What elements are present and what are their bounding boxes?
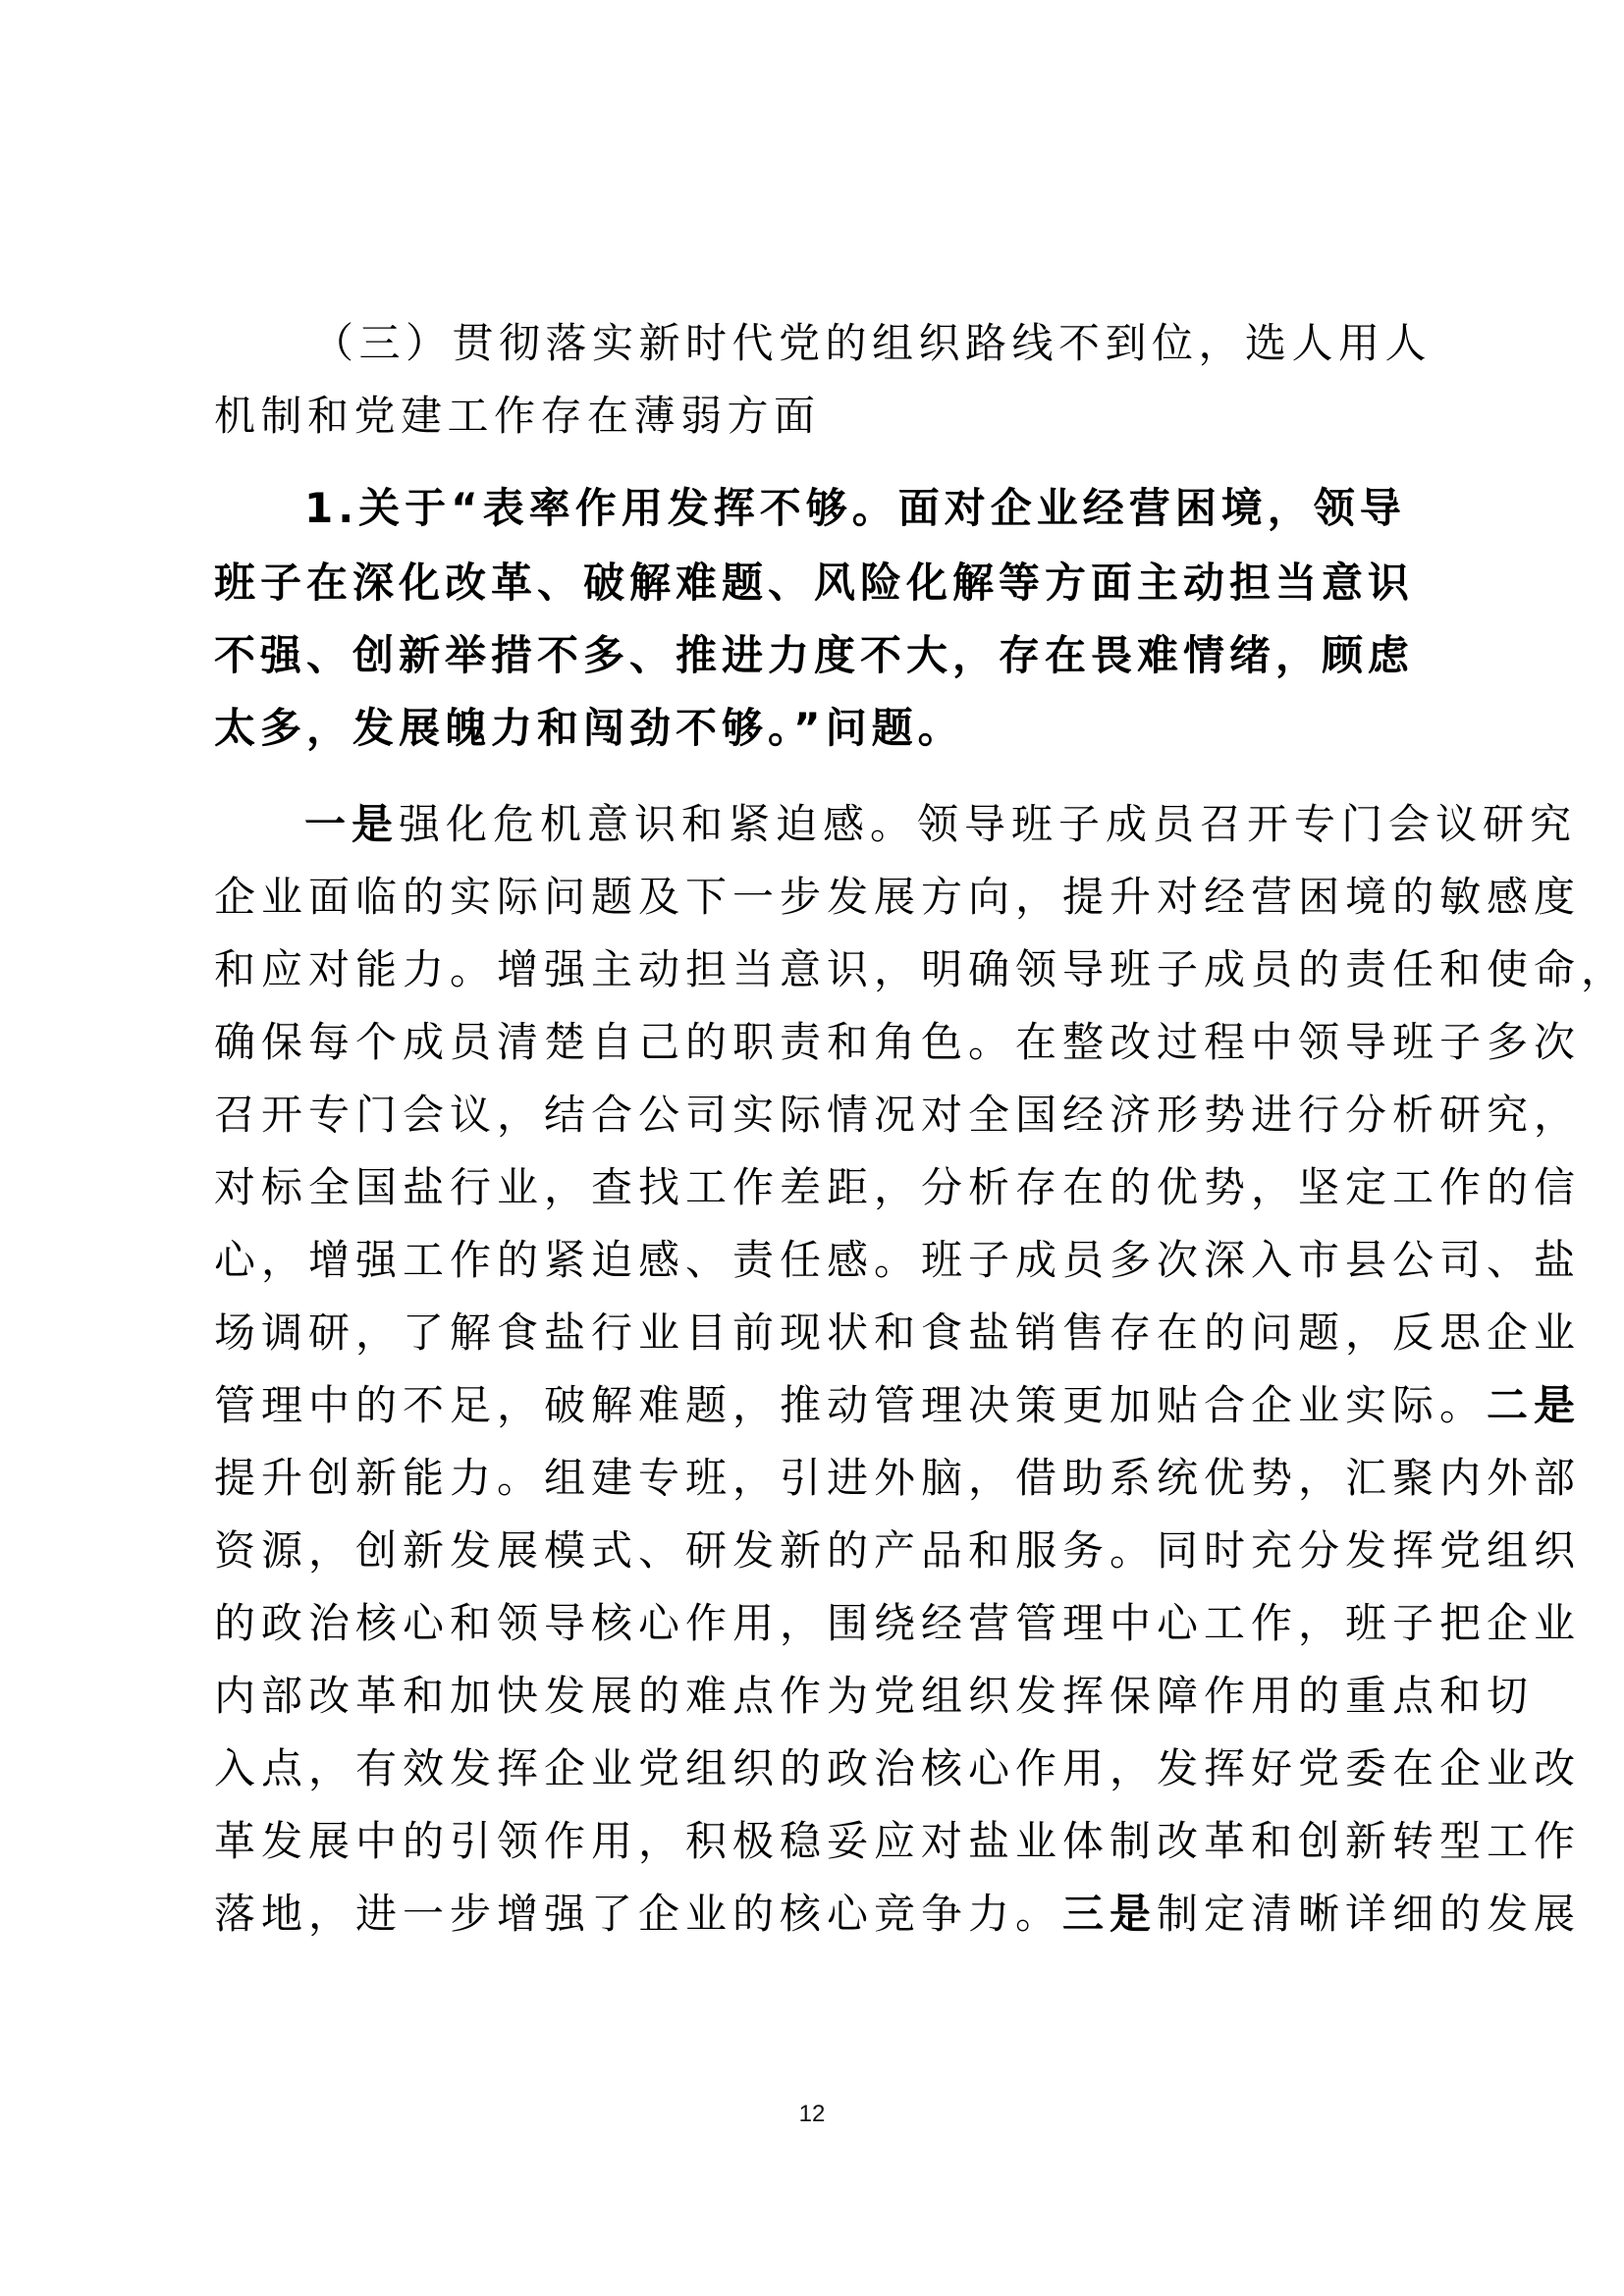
body-line-6: 对标全国盐行业，查找工作差距，分析存在的优势，坚定工作的信	[214, 1160, 1432, 1215]
body-line-11: 资源，创新发展模式、研发新的产品和服务。同时充分发挥党组织	[214, 1523, 1432, 1578]
body-line-8: 场调研，了解食盐行业目前现状和食盐销售存在的问题，反思企业	[214, 1306, 1432, 1361]
document-page: （三）贯彻落实新时代党的组织路线不到位，选人用人 机制和党建工作存在薄弱方面 1…	[0, 0, 1624, 2296]
point-marker-one: 一是	[304, 800, 399, 848]
body-line-7: 心，增强工作的紧迫感、责任感。班子成员多次深入市县公司、盐	[214, 1233, 1432, 1288]
body-line-5: 召开专门会议，结合公司实际情况对全国经济形势进行分析研究，	[214, 1088, 1432, 1143]
body-line-15: 革发展中的引领作用，积极稳妥应对盐业体制改革和创新转型工作	[214, 1814, 1432, 1869]
body-line-10: 提升创新能力。组建专班，引进外脑，借助系统优势，汇聚内外部	[214, 1451, 1432, 1506]
body-line-3: 和应对能力。增强主动担当意识，明确领导班子成员的责任和使命，	[214, 942, 1432, 997]
body-text: 制定清晰详细的发展	[1157, 1890, 1581, 1938]
section-heading-line-1: （三）贯彻落实新时代党的组织路线不到位，选人用人	[312, 316, 1530, 371]
body-line-4: 确保每个成员清楚自己的职责和角色。在整改过程中领导班子多次	[214, 1015, 1432, 1070]
issue-line-3: 不强、创新举措不多、推进力度不大，存在畏难情绪，顾虑	[214, 628, 1432, 683]
point-marker-two: 二是	[1487, 1381, 1581, 1429]
body-line-2: 企业面临的实际问题及下一步发展方向，提升对经营困境的敏感度	[214, 870, 1432, 925]
body-line-16: 落地，进一步增强了企业的核心竞争力。三是制定清晰详细的发展	[214, 1887, 1432, 1942]
body-line-14: 入点，有效发挥企业党组织的政治核心作用，发挥好党委在企业改	[214, 1741, 1432, 1796]
section-heading-line-2: 机制和党建工作存在薄弱方面	[214, 389, 1432, 444]
page-number: 12	[0, 2101, 1624, 2128]
issue-line-2: 班子在深化改革、破解难题、风险化解等方面主动担当意识	[214, 556, 1432, 611]
body-text: 管理中的不足，破解难题，推动管理决策更加贴合企业实际。	[214, 1381, 1487, 1429]
point-marker-three: 三是	[1062, 1890, 1157, 1938]
body-text: 落地，进一步增强了企业的核心竞争力。	[214, 1890, 1062, 1938]
body-line-12: 的政治核心和领导核心作用，围绕经营管理中心工作，班子把企业	[214, 1596, 1432, 1651]
body-line-9: 管理中的不足，破解难题，推动管理决策更加贴合企业实际。二是	[214, 1378, 1432, 1433]
issue-line-4: 太多，发展魄力和闯劲不够。”问题。	[214, 701, 1432, 756]
issue-line-1: 1.关于“表率作用发挥不够。面对企业经营困境，领导	[304, 481, 1522, 536]
body-line-13: 内部改革和加快发展的难点作为党组织发挥保障作用的重点和切	[214, 1669, 1432, 1724]
body-line-1: 一是强化危机意识和紧迫感。领导班子成员召开专门会议研究	[304, 797, 1522, 852]
body-text: 强化危机意识和紧迫感。领导班子成员召开专门会议研究	[399, 800, 1577, 848]
